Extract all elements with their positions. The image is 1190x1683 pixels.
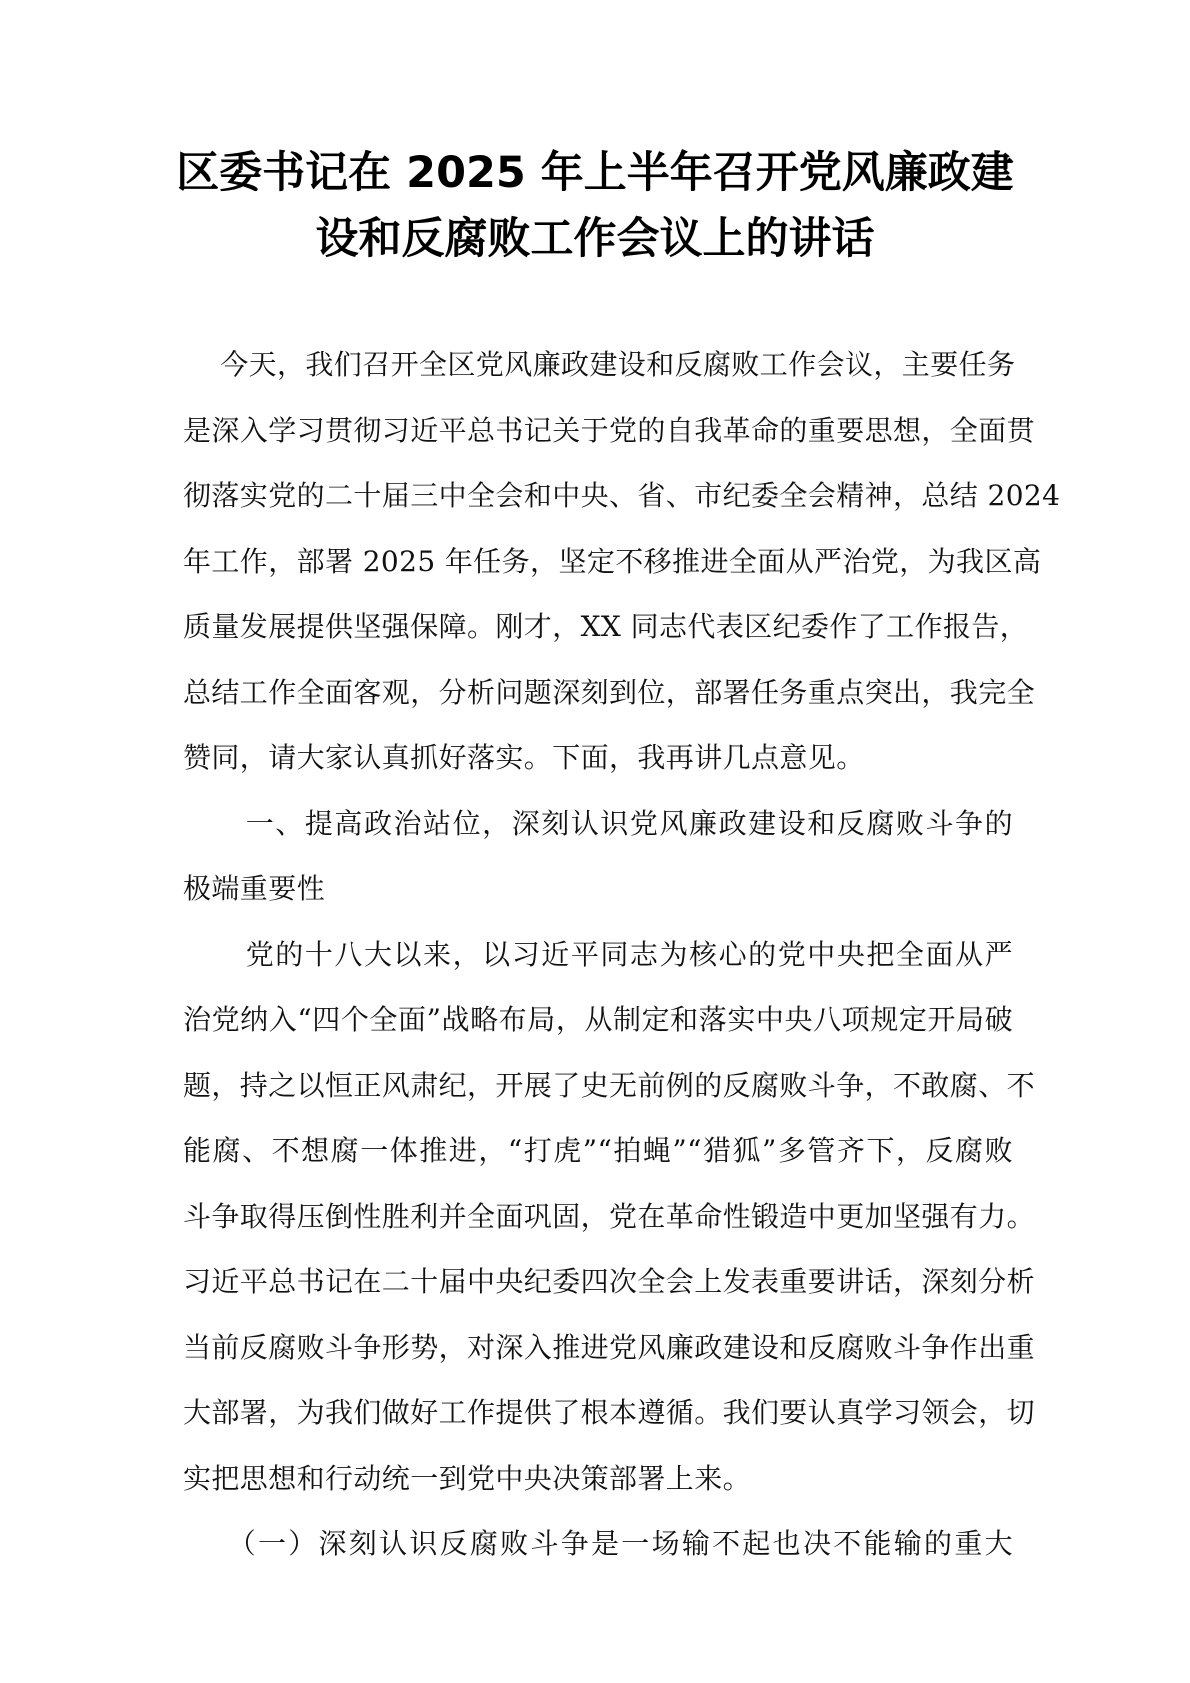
body-line: 斗争取得压倒性胜利并全面巩固，党在革命性锻造中更加坚强有力。 <box>183 1184 1013 1250</box>
body-line: 实把思想和行动统一到党中央决策部署上来。 <box>183 1446 1013 1512</box>
title-line-1: 区委书记在 2025 年上半年召开党风廉政建 <box>150 140 1040 206</box>
body-line: 题，持之以恒正风肃纪，开展了史无前例的反腐败斗争，不敢腐、不 <box>183 1053 1013 1119</box>
body-line: 一、提高政治站位，深刻认识党风廉政建设和反腐败斗争的 <box>183 791 1013 857</box>
body-line: 总结工作全面客观，分析问题深刻到位，部署任务重点突出，我完全 <box>183 660 1013 726</box>
body-line: 赞同，请大家认真抓好落实。下面，我再讲几点意见。 <box>183 725 1013 791</box>
body-line: 今天，我们召开全区党风廉政建设和反腐败工作会议，主要任务 <box>183 332 1013 398</box>
body-line: 彻落实党的二十届三中全会和中央、省、市纪委全会精神，总结 2024 <box>183 463 1013 529</box>
document-title: 区委书记在 2025 年上半年召开党风廉政建 设和反腐败工作会议上的讲话 <box>150 140 1040 272</box>
document-body: 今天，我们召开全区党风廉政建设和反腐败工作会议，主要任务是深入学习贯彻习近平总书… <box>183 332 1013 1577</box>
body-line: 是深入学习贯彻习近平总书记关于党的自我革命的重要思想，全面贯 <box>183 398 1013 464</box>
body-line: 党的十八大以来，以习近平同志为核心的党中央把全面从严 <box>183 922 1013 988</box>
body-line: （一）深刻认识反腐败斗争是一场输不起也决不能输的重大 <box>183 1511 1013 1577</box>
body-line: 质量发展提供坚强保障。刚才，XX 同志代表区纪委作了工作报告， <box>183 594 1013 660</box>
body-line: 年工作，部署 2025 年任务，坚定不移推进全面从严治党，为我区高 <box>183 529 1013 595</box>
body-line: 当前反腐败斗争形势，对深入推进党风廉政建设和反腐败斗争作出重 <box>183 1315 1013 1381</box>
body-line: 治党纳入“四个全面”战略布局，从制定和落实中央八项规定开局破 <box>183 987 1013 1053</box>
body-line: 能腐、不想腐一体推进，“打虎”“拍蝇”“猎狐”多管齐下，反腐败 <box>183 1118 1013 1184</box>
body-line: 极端重要性 <box>183 856 1013 922</box>
body-line: 大部署，为我们做好工作提供了根本遵循。我们要认真学习领会，切 <box>183 1380 1013 1446</box>
body-line: 习近平总书记在二十届中央纪委四次全会上发表重要讲话，深刻分析 <box>183 1249 1013 1315</box>
document-page: 区委书记在 2025 年上半年召开党风廉政建 设和反腐败工作会议上的讲话 今天，… <box>0 0 1190 1683</box>
title-line-2: 设和反腐败工作会议上的讲话 <box>150 206 1040 272</box>
